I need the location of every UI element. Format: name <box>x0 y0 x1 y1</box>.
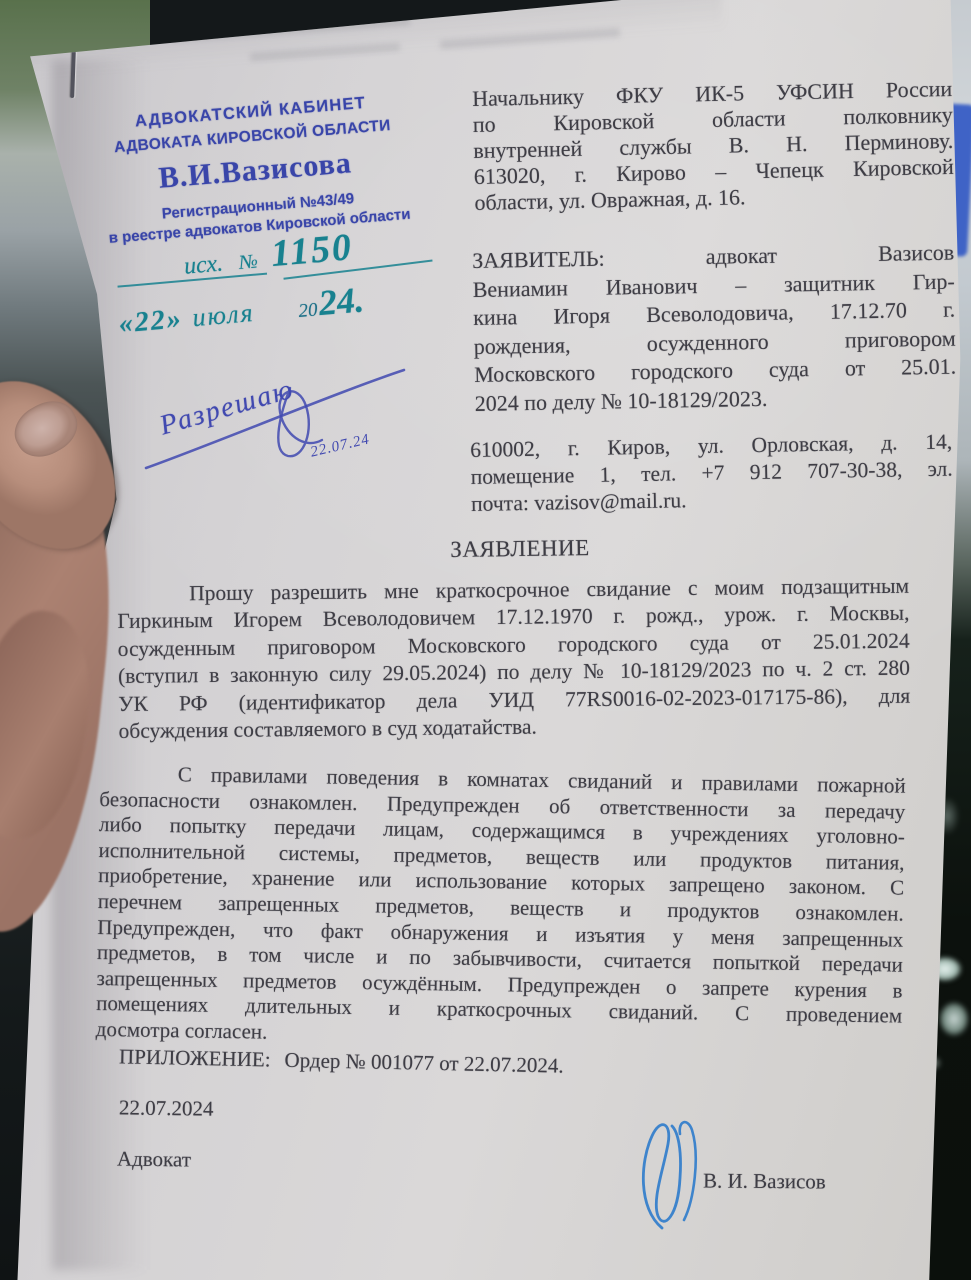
number-sign: № <box>238 250 259 275</box>
outgoing-number: 1150 <box>269 225 354 276</box>
document-date: 22.07.2024 <box>119 1095 214 1121</box>
outgoing-year-handwritten: 24. <box>317 278 365 324</box>
applicant-block: ЗАЯВИТЕЛЬ: адвокат ВазисовВениамин Ивано… <box>472 239 957 419</box>
document-paper: АДВОКАТСКИЙ КАБИНЕТ АДВОКАТА КИРОВСКОЙ О… <box>0 0 971 1280</box>
body-paragraph-rules: С правилами поведения в комнатах свидани… <box>96 761 906 1055</box>
signer-role: Адвокат <box>117 1146 191 1172</box>
seat-gloss-highlight <box>934 996 971 1042</box>
applicant-contact-block: 610002, г. Киров, ул. Орловская, д. 14,п… <box>470 429 953 518</box>
outgoing-year-printed: 20 <box>298 299 319 323</box>
recipient-address-block: Начальнику ФКУ ИК-5 УФСИН Россиипо Киров… <box>472 76 955 216</box>
attachment-value: Ордер № 001077 от 22.07.2024. <box>284 1048 564 1079</box>
outgoing-day: «22» <box>117 303 184 340</box>
body-paragraph-request: Прошу разрешить мне краткосрочное свидан… <box>117 573 911 746</box>
attachment-line: ПРИЛОЖЕНИЕ: Ордер № 001077 от 22.07.2024… <box>119 1044 564 1078</box>
photograph-of-document: АДВОКАТСКИЙ КАБИНЕТ АДВОКАТА КИРОВСКОЙ О… <box>0 0 971 1280</box>
outgoing-month: июля <box>191 298 255 333</box>
signer-name: В. И. Вазисов <box>703 1168 826 1194</box>
document-title: ЗАЯВЛЕНИЕ <box>400 534 640 563</box>
resolution-block: Разрешаю 22.07.24 <box>138 358 418 488</box>
attachment-label: ПРИЛОЖЕНИЕ: <box>119 1044 271 1072</box>
